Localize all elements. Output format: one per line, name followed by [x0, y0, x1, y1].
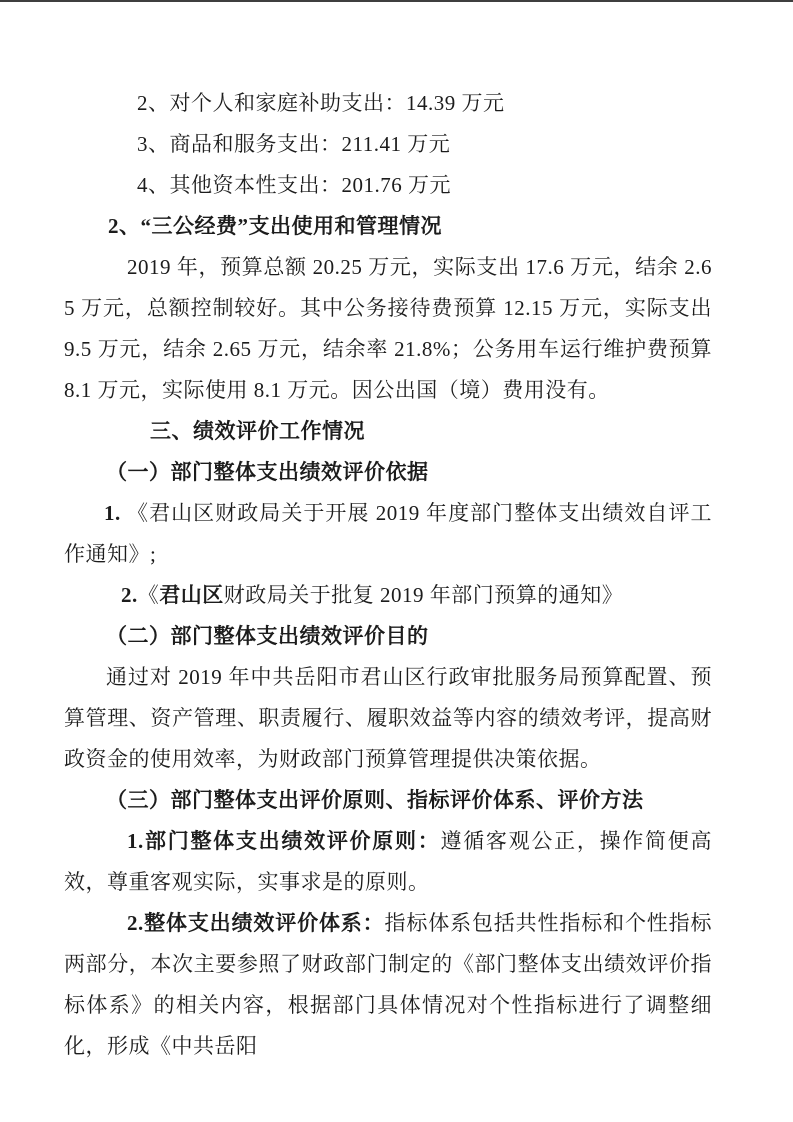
text-run-bold: 君山区	[159, 583, 224, 607]
text-run: 4、其他资本性支出：201.76 万元	[137, 173, 451, 197]
heading-three-public-funds: 2、“三公经费”支出使用和管理情况	[64, 206, 712, 247]
heading-text: （一）部门整体支出绩效评价依据	[106, 460, 429, 484]
heading-text: 三、绩效评价工作情况	[150, 420, 365, 443]
scan-artifact-top	[0, 0, 793, 2]
text-run: 通过对 2019 年中共岳阳市君山区行政审批服务局预算配置、预算管理、资产管理、…	[64, 665, 712, 771]
heading-text: 2、“三公经费”支出使用和管理情况	[108, 214, 442, 238]
expense-item-personal-subsidy: 2、对个人和家庭补助支出：14.39 万元	[64, 83, 712, 124]
paragraph-evaluation-system: 2.整体支出绩效评价体系：指标体系包括共性指标和个性指标两部分，本次主要参照了财…	[64, 903, 712, 1067]
list-number: 1.	[104, 501, 127, 525]
basis-item-1: 1. 《君山区财政局关于开展 2019 年度部门整体支出绩效自评工作通知》;	[64, 493, 712, 575]
heading-text: （三）部门整体支出评价原则、指标评价体系、评价方法	[106, 788, 644, 812]
paragraph-evaluation-purpose: 通过对 2019 年中共岳阳市君山区行政审批服务局预算配置、预算管理、资产管理、…	[64, 657, 712, 780]
expense-item-other-capital: 4、其他资本性支出：201.76 万元	[64, 165, 712, 206]
heading-sub-three: （三）部门整体支出评价原则、指标评价体系、评价方法	[64, 780, 712, 821]
heading-text: （二）部门整体支出绩效评价目的	[106, 624, 429, 648]
document-page: 2、对个人和家庭补助支出：14.39 万元 3、商品和服务支出：211.41 万…	[64, 83, 712, 1067]
text-run: 2、对个人和家庭补助支出：14.39 万元	[137, 91, 505, 115]
text-run: 3、商品和服务支出：211.41 万元	[137, 132, 450, 156]
text-run: 《	[138, 583, 160, 607]
paragraph-evaluation-principle: 1.部门整体支出绩效评价原则：遵循客观公正，操作简便高效，尊重客观实际，实事求是…	[64, 821, 712, 903]
lead-in-bold: 2.整体支出绩效评价体系：	[127, 911, 385, 935]
text-run: 财政局关于批复 2019 年部门预算的通知》	[224, 583, 624, 607]
text-run: 《君山区财政局关于开展 2019 年度部门整体支出绩效自评工作通知》;	[64, 501, 712, 566]
basis-item-2: 2.《君山区财政局关于批复 2019 年部门预算的通知》	[64, 575, 712, 616]
heading-section-three: 三、绩效评价工作情况	[64, 411, 712, 452]
heading-sub-one: （一）部门整体支出绩效评价依据	[64, 452, 712, 493]
list-number: 2.	[121, 583, 138, 607]
heading-sub-two: （二）部门整体支出绩效评价目的	[64, 616, 712, 657]
paragraph-three-public-funds-detail: 2019 年，预算总额 20.25 万元，实际支出 17.6 万元，结余 2.6…	[64, 247, 712, 411]
lead-in-bold: 1.部门整体支出绩效评价原则：	[127, 829, 440, 853]
expense-item-goods-services: 3、商品和服务支出：211.41 万元	[64, 124, 712, 165]
text-run: 2019 年，预算总额 20.25 万元，实际支出 17.6 万元，结余 2.6…	[64, 255, 712, 402]
